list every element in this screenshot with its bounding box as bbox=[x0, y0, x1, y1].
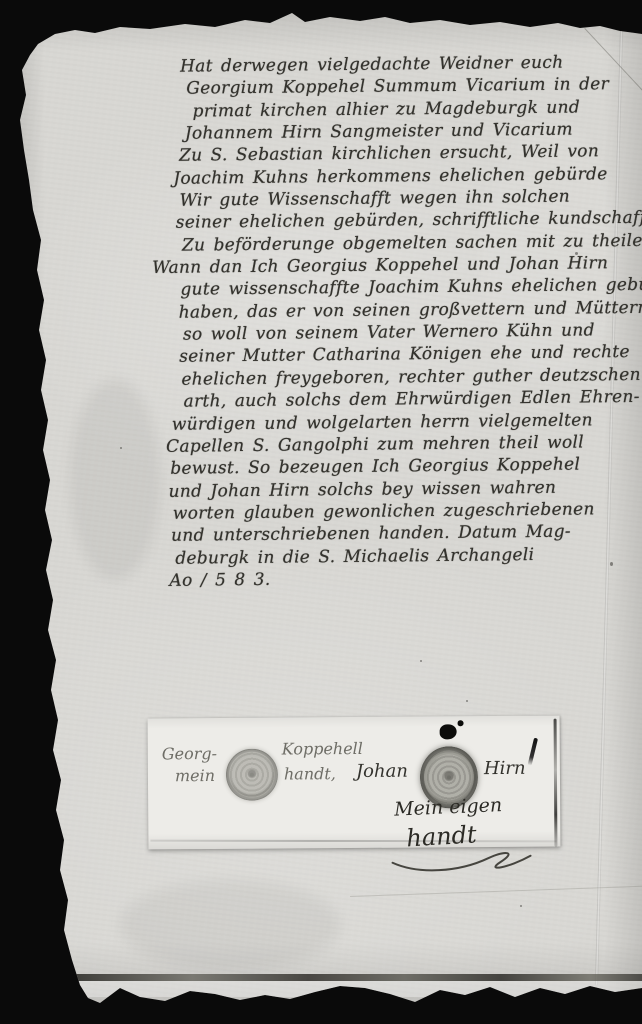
bottom-crease-shadow bbox=[0, 974, 642, 981]
dust-speck bbox=[420, 660, 422, 662]
wax-seal-koppehel bbox=[226, 749, 278, 801]
hirn-first-name: Johan bbox=[356, 761, 408, 782]
hirn-last-name: Hirn bbox=[484, 758, 526, 779]
manuscript-text-block: Hat derwegen vielgedachte Weidner euch G… bbox=[150, 51, 634, 592]
dust-speck bbox=[120, 447, 122, 449]
dust-speck bbox=[520, 905, 522, 907]
paper-mottle bbox=[70, 380, 160, 580]
manuscript-line: Ao / 5 8 3. bbox=[169, 565, 633, 592]
paper-mottle bbox=[120, 880, 340, 970]
ink-dash-mark bbox=[528, 738, 538, 766]
koppehel-surname: Koppehell bbox=[282, 739, 363, 759]
attestation-slip: Georg- mein Koppehell handt, Johan Hirn … bbox=[148, 716, 561, 850]
signature-flourish bbox=[388, 834, 538, 875]
koppehel-name-part2: mein bbox=[175, 766, 215, 785]
ink-streak-right-edge bbox=[554, 719, 558, 847]
ink-blot-small bbox=[458, 720, 464, 726]
hirn-own-hand-line1: Mein eigen bbox=[394, 794, 503, 821]
dust-speck bbox=[466, 700, 468, 702]
manuscript-scan-page: Hat derwegen vielgedachte Weidner euch G… bbox=[0, 0, 642, 1024]
ink-blot bbox=[440, 724, 457, 739]
koppehel-name-part1: Georg- bbox=[162, 744, 217, 763]
koppehel-hand-word: handt, bbox=[284, 764, 336, 783]
manuscript-paper-sheet: Hat derwegen vielgedachte Weidner euch G… bbox=[0, 0, 642, 1024]
